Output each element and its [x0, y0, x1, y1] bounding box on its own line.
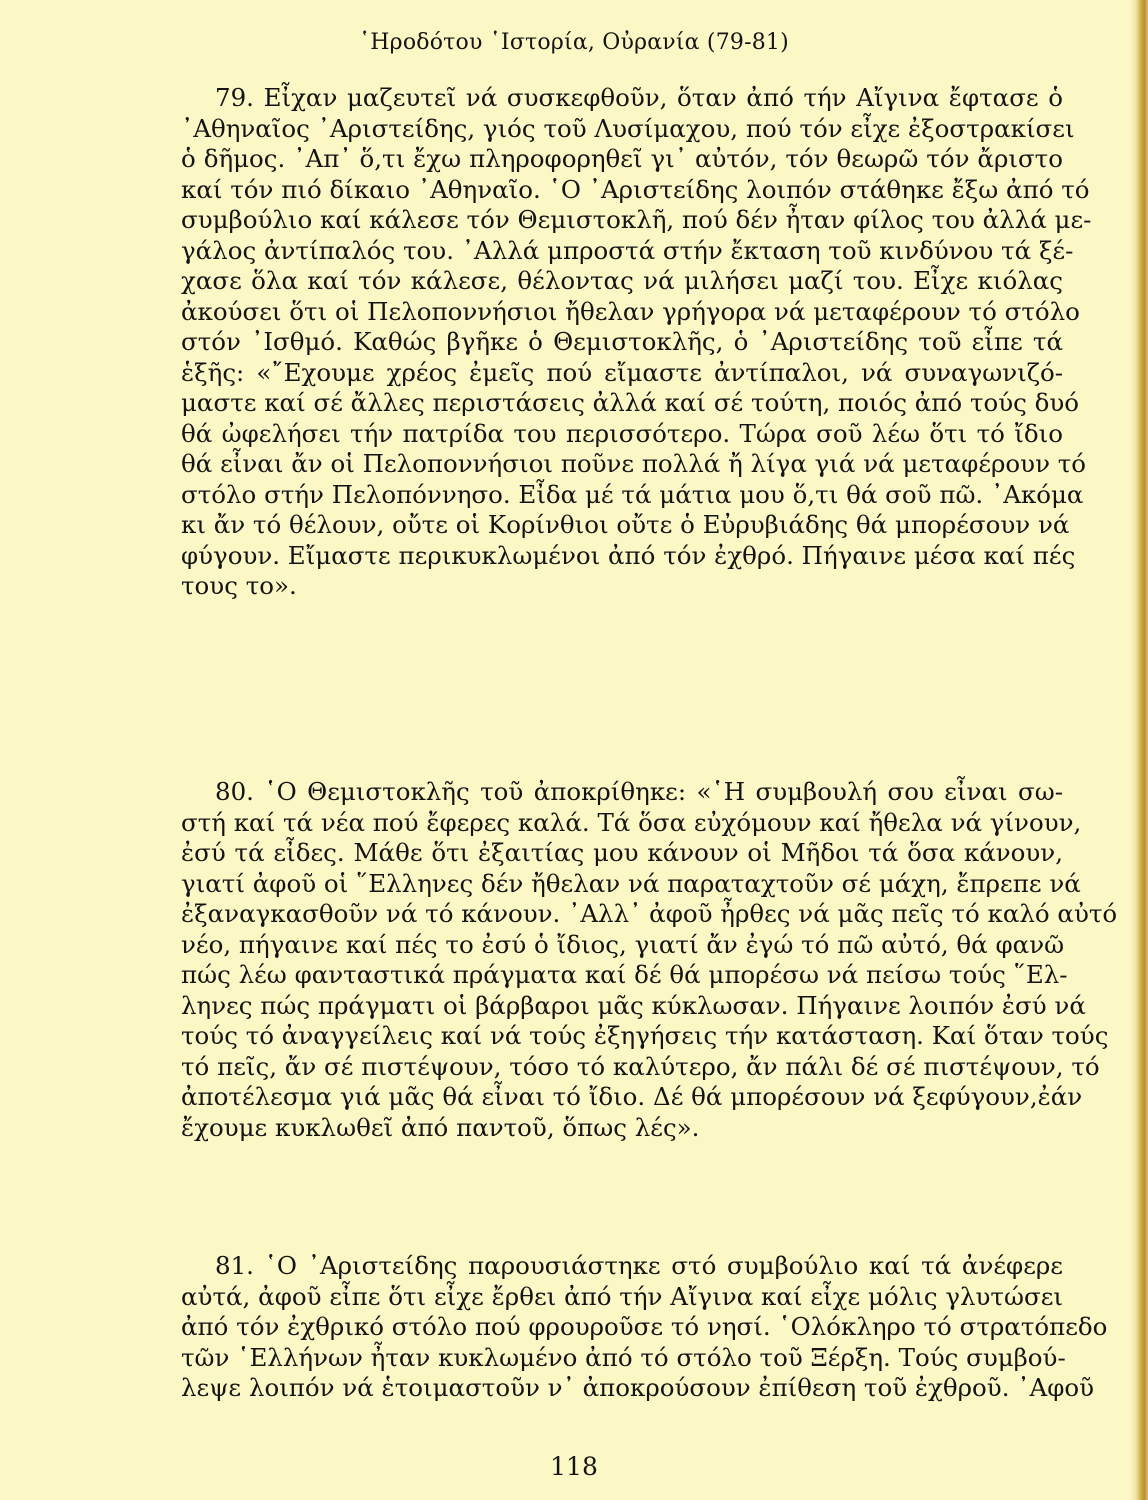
text-line: ἀποτέλεσμα γιά μᾶς θά εἶναι τό ἴδιο. Δέ …	[181, 1082, 1063, 1113]
page-number: 118	[0, 1452, 1148, 1481]
text-line: πώς λέω φανταστικά πράγματα καί δέ θά μπ…	[181, 960, 1063, 991]
text-line: τῶν ῾Ελλήνων ἦταν κυκλωμένο ἀπό τό στόλο…	[181, 1343, 1063, 1374]
text-line: στόν ᾿Ισθμό. Καθώς βγῆκε ὁ Θεμιστοκλῆς, …	[181, 327, 1063, 358]
text-line: τούς τό ἀναγγείλεις καί νά τούς ἐξηγήσει…	[181, 1021, 1063, 1052]
running-head: ῾Ηροδότου ῾Ιστορία, Οὐρανία (79-81)	[0, 30, 1148, 55]
paragraph-80: 80. ῾Ο Θεμιστοκλῆς τοῦ ἀποκρίθηκε: «῾Η σ…	[181, 777, 1063, 1143]
paragraph-79: 79. Εἶχαν μαζευτεῖ νά συσκεφθοῦν, ὅταν ἀ…	[181, 83, 1063, 602]
text-line: νέο, πήγαινε καί πές το ἐσύ ὁ ἴδιος, για…	[181, 930, 1063, 961]
text-line: θά ὠφελήσει τήν πατρίδα του περισσότερο.…	[181, 419, 1063, 450]
text-line: 80. ῾Ο Θεμιστοκλῆς τοῦ ἀποκρίθηκε: «῾Η σ…	[181, 777, 1063, 808]
text-line: μαστε καί σέ ἄλλες περιστάσεις ἀλλά καί …	[181, 388, 1063, 419]
text-line: ἐσύ τά εἶδες. Μάθε ὅτι ἐξαιτίας μου κάνο…	[181, 838, 1063, 869]
text-line: ᾿Αθηναῖος ᾿Αριστείδης, γιός τοῦ Λυσίμαχο…	[181, 114, 1063, 145]
text-line: ἐξαναγκασθοῦν νά τό κάνουν. ᾿Αλλ᾿ ἀφοῦ ἦ…	[181, 899, 1063, 930]
text-line: στόλο στήν Πελοπόννησο. Εἶδα μέ τά μάτια…	[181, 480, 1063, 511]
text-line: ἀκούσει ὅτι οἱ Πελοποννήσιοι ἤθελαν γρήγ…	[181, 297, 1063, 328]
text-line: γιατί ἀφοῦ οἱ ῞Ελληνες δέν ἤθελαν νά παρ…	[181, 869, 1063, 900]
text-line: συμβούλιο καί κάλεσε τόν Θεμιστοκλῆ, πού…	[181, 205, 1063, 236]
text-line: 79. Εἶχαν μαζευτεῖ νά συσκεφθοῦν, ὅταν ἀ…	[181, 83, 1063, 114]
text-line: θά εἶναι ἄν οἱ Πελοποννήσιοι ποῦνε πολλά…	[181, 449, 1063, 480]
text-line: ἀπό τόν ἐχθρικό στόλο πού φρουροῦσε τό ν…	[181, 1312, 1063, 1343]
text-line: χασε ὅλα καί τόν κάλεσε, θέλοντας νά μιλ…	[181, 266, 1063, 297]
text-line: ὁ δῆμος. ᾿Απ᾿ ὅ,τι ἔχω πληροφορηθεῖ γι᾿ …	[181, 144, 1063, 175]
text-line: τους το».	[181, 571, 1063, 602]
text-line: ἔχουμε κυκλωθεῖ ἀπό παντοῦ, ὅπως λές».	[181, 1113, 1063, 1144]
text-line: τό πεῖς, ἄν σέ πιστέψουν, τόσο τό καλύτε…	[181, 1052, 1063, 1083]
text-line: καί τόν πιό δίκαιο ᾿Αθηναῖο. ῾Ο ᾿Αριστεί…	[181, 175, 1063, 206]
text-line: κι ἄν τό θέλουν, οὔτε οἱ Κορίνθιοι οὔτε …	[181, 510, 1063, 541]
text-line: στή καί τά νέα πού ἔφερες καλά. Τά ὅσα ε…	[181, 808, 1063, 839]
paragraph-81: 81. ῾Ο ᾿Αριστείδης παρουσιάστηκε στό συμ…	[181, 1251, 1063, 1404]
text-line: αὐτά, ἀφοῦ εἶπε ὅτι εἶχε ἔρθει ἀπό τήν Α…	[181, 1282, 1063, 1313]
text-line: 81. ῾Ο ᾿Αριστείδης παρουσιάστηκε στό συμ…	[181, 1251, 1063, 1282]
text-line: γάλος ἀντίπαλός του. ᾿Αλλά μπροστά στήν …	[181, 236, 1063, 267]
text-line: ληνες πώς πράγματι οἱ βάρβαροι μᾶς κύκλω…	[181, 991, 1063, 1022]
text-line: ἑξῆς: «῎Εχουμε χρέος ἐμεῖς πού εἴμαστε ἀ…	[181, 358, 1063, 389]
text-line: φύγουν. Εἴμαστε περικυκλωμένοι ἀπό τόν ἐ…	[181, 541, 1063, 572]
book-page-edge	[1136, 0, 1148, 1500]
text-line: λεψε λοιπόν νά ἑτοιμαστοῦν ν᾿ ἀποκρούσου…	[181, 1373, 1063, 1404]
